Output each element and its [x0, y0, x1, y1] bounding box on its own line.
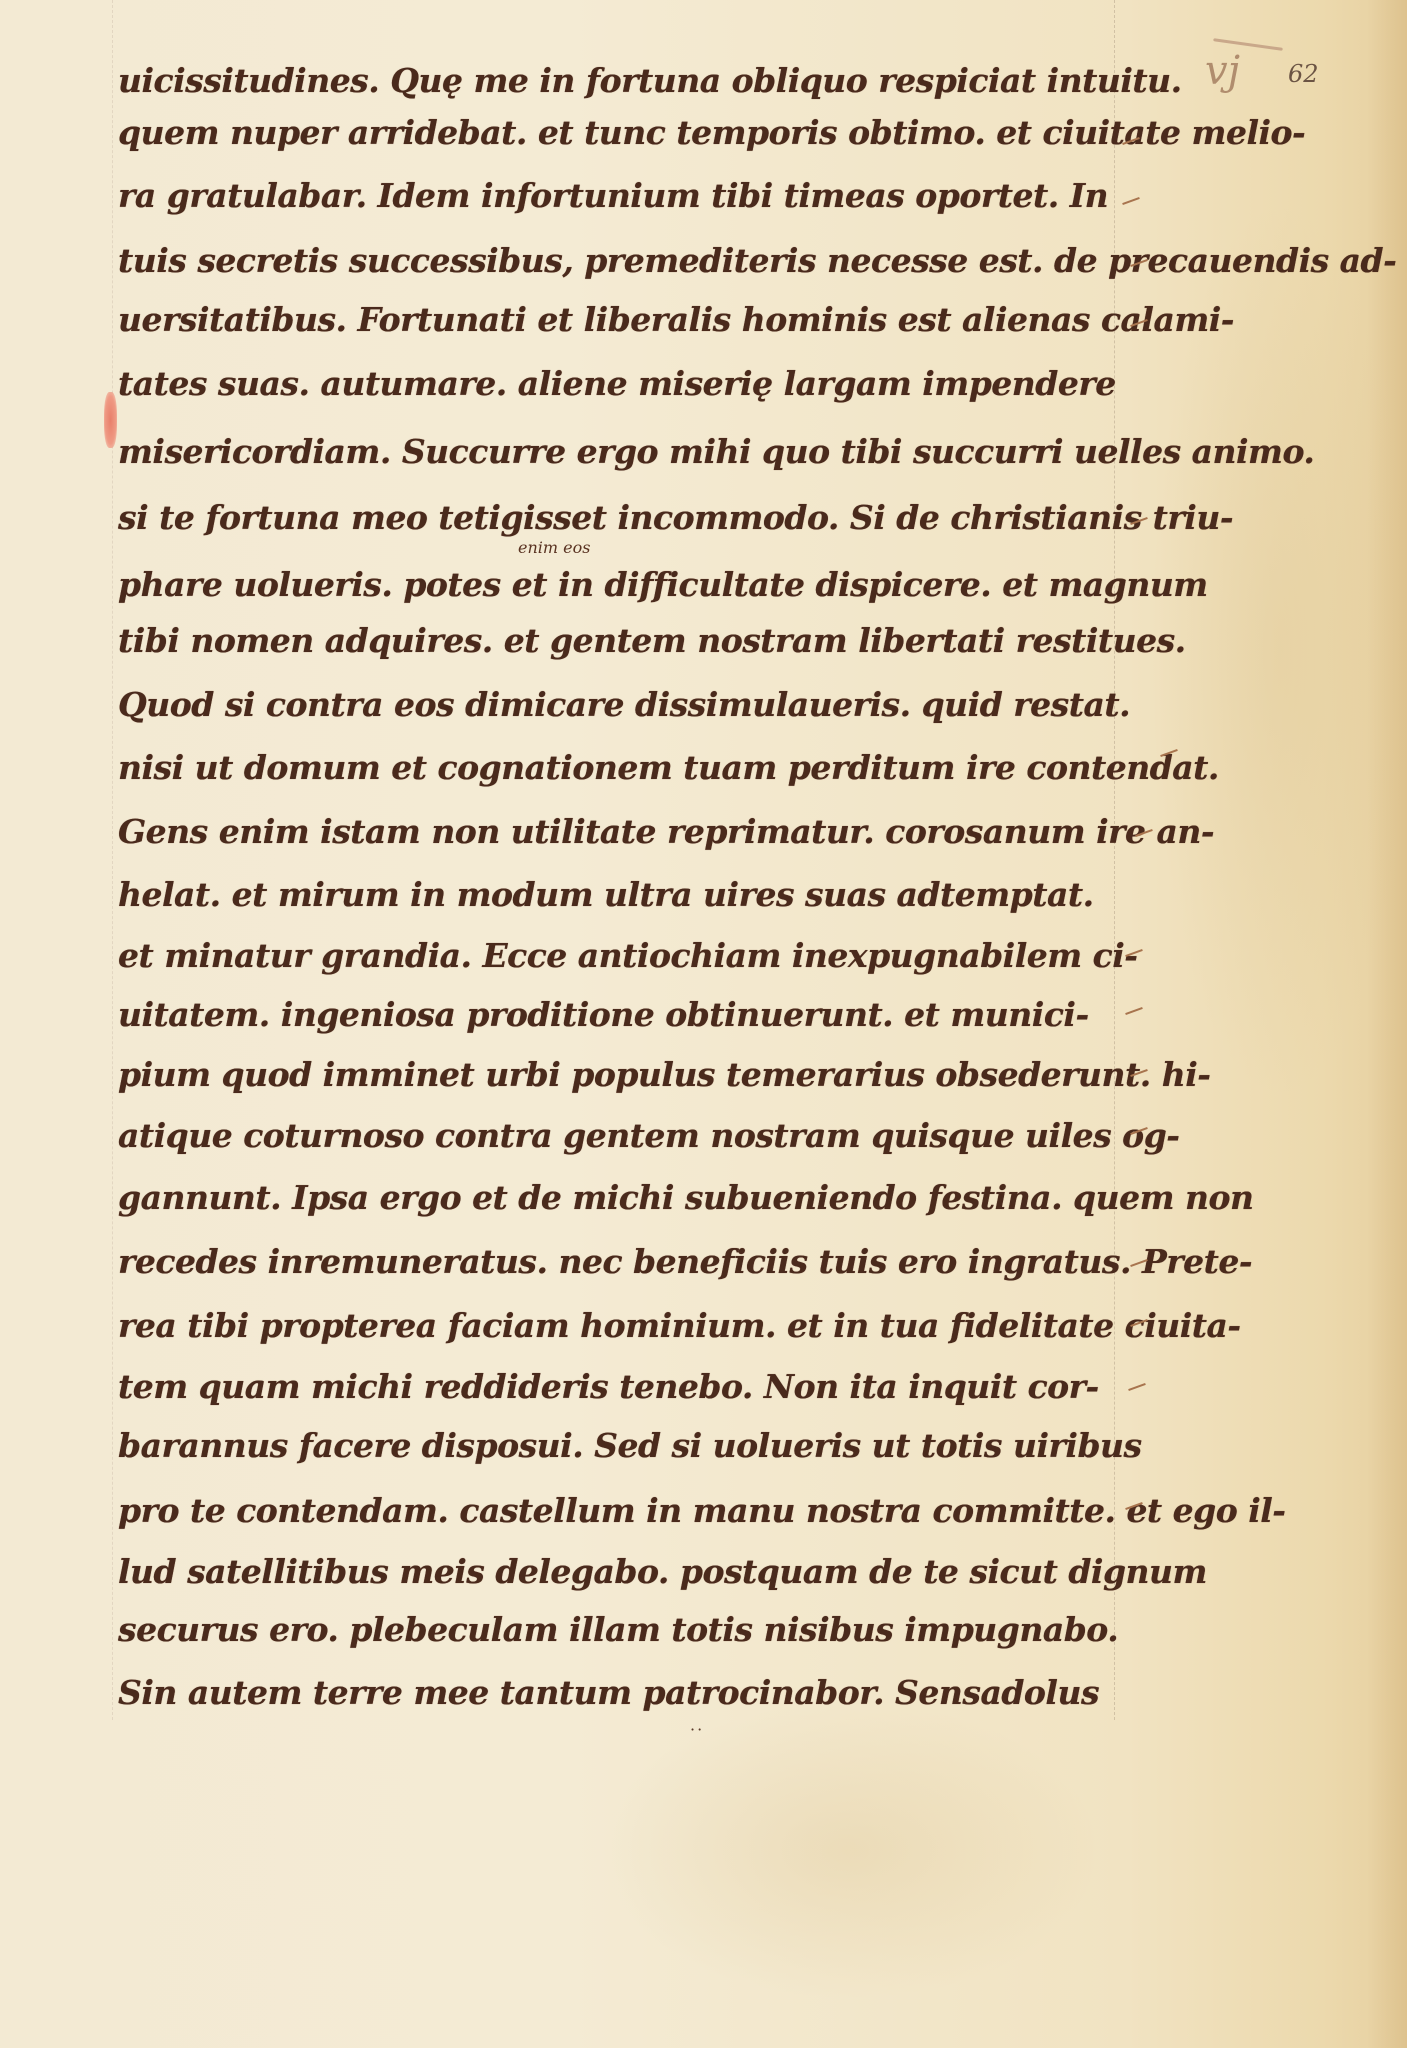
text-line: ra gratulabar. Idem infortunium tibi tim… [118, 166, 1108, 226]
text-line: pium quod imminet urbi populus temerariu… [118, 1045, 1210, 1105]
text-line: misericordiam. Succurre ergo mihi quo ti… [118, 422, 1314, 482]
text-line: helat. et mirum in modum ultra uires sua… [118, 865, 1094, 925]
rubric-red-mark [104, 392, 117, 448]
text-line: Quod si contra eos dimicare dissimulauer… [118, 675, 1130, 735]
line-end-hyphen [1128, 1383, 1146, 1391]
text-line: nisi ut domum et cognationem tuam perdit… [118, 738, 1219, 798]
ruling-line-left [112, 0, 113, 1720]
text-line: securus ero. plebeculam illam totis nisi… [118, 1600, 1118, 1660]
text-line: barannus facere disposui. Sed si uolueri… [118, 1416, 1142, 1476]
text-line: si te fortuna meo tetigisset incommodo. … [118, 488, 1233, 548]
text-line: tates suas. autumare. aliene miserię lar… [118, 354, 1116, 414]
folio-number-arabic: 62 [1288, 60, 1319, 88]
text-line: lud satellitibus meis delegabo. postquam… [118, 1542, 1207, 1602]
text-line: quem nuper arridebat. et tunc temporis o… [118, 103, 1305, 163]
text-line: uicissitudines. Quę me in fortuna obliqu… [118, 51, 1182, 111]
text-line: atique coturnoso contra gentem nostram q… [118, 1106, 1179, 1166]
end-punctuation-dots: ·· [690, 1720, 704, 1739]
text-line: uitatem. ingeniosa proditione obtinuerun… [118, 985, 1089, 1045]
text-line: uersitatibus. Fortunati et liberalis hom… [118, 290, 1234, 350]
page-edge [1367, 0, 1407, 2048]
folio-number-roman: vj [1205, 48, 1240, 94]
text-line: Sin autem terre mee tantum patrocinabor.… [118, 1663, 1099, 1723]
text-line: rea tibi propterea faciam hominium. et i… [118, 1296, 1241, 1356]
line-end-hyphen [1122, 197, 1140, 205]
parchment-stain [600, 1700, 1100, 2000]
text-line: phare uolueris. potes et in difficultate… [118, 555, 1208, 615]
text-line: Gens enim istam non utilitate reprimatur… [118, 802, 1214, 862]
text-line: pro te contendam. castellum in manu nost… [118, 1481, 1286, 1541]
text-line: recedes inremuneratus. nec beneficiis tu… [118, 1232, 1252, 1292]
line-end-hyphen [1125, 1007, 1143, 1015]
text-line: tem quam michi reddideris tenebo. Non it… [118, 1357, 1099, 1417]
text-line: tuis secretis successibus, premediteris … [118, 231, 1396, 291]
text-line: et minatur grandia. Ecce antiochiam inex… [118, 926, 1137, 986]
text-line: tibi nomen adquires. et gentem nostram l… [118, 611, 1186, 671]
text-line: gannunt. Ipsa ergo et de michi subuenien… [118, 1168, 1254, 1228]
